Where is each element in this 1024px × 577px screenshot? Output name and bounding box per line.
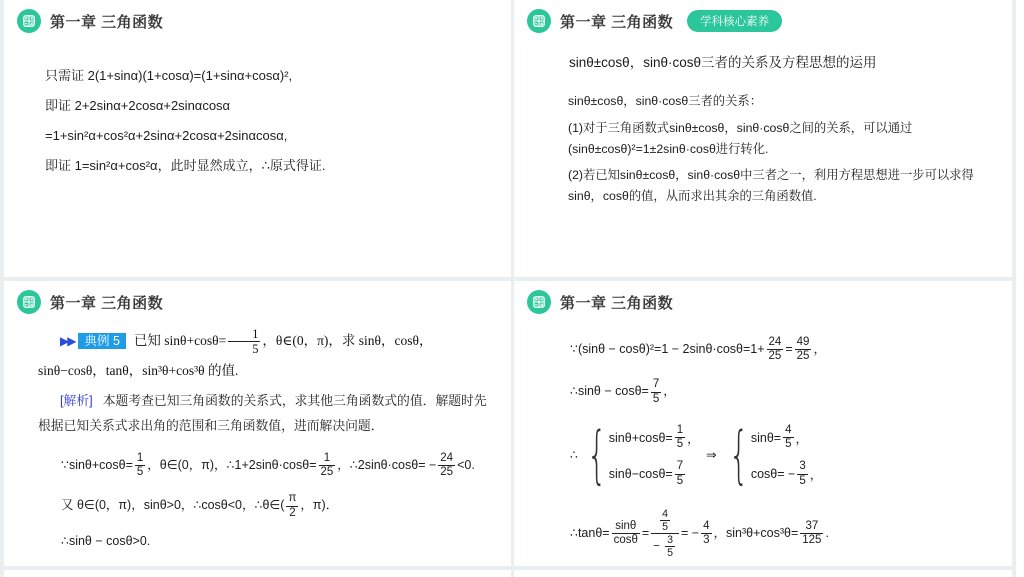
proof-body: 只需证 2(1+sinα)(1+cosα)=(1+sinα+cosα)², 即证… bbox=[4, 33, 511, 175]
math-line: ∴sinθ − cosθ=75， bbox=[570, 378, 1006, 405]
slide-header: 第一章 三角函数 bbox=[4, 281, 511, 314]
double-arrow-icon: ▶▶ bbox=[60, 334, 74, 348]
calculator-icon bbox=[527, 9, 551, 33]
view-margin bbox=[1016, 0, 1024, 577]
slide-grid-view: 第一章 三角函数 只需证 2(1+sinα)(1+cosα)=(1+sinα+c… bbox=[0, 0, 1024, 577]
slide-top-left[interactable]: 第一章 三角函数 只需证 2(1+sinα)(1+cosα)=(1+sinα+c… bbox=[4, 0, 511, 277]
math-line: 又 θ∈(0，π)，sinθ>0，∴cosθ<0，∴θ∈(π2，π)． bbox=[61, 492, 501, 519]
math-line: ∵sinθ+cosθ=15，θ∈(0，π)，∴1+2sinθ·cosθ=125，… bbox=[61, 452, 501, 479]
math-line: =1+sin²α+cos²α+2sinα+2cosα+2sinαcosα, bbox=[45, 127, 485, 145]
math-line: ∵(sinθ − cosθ)²=1 − 2sinθ·cosθ=1+2425=49… bbox=[570, 336, 1006, 363]
analysis-label: [解析] bbox=[60, 393, 93, 408]
calculator-icon bbox=[17, 9, 41, 33]
math-line: ∴{sinθ+cosθ=15，sinθ−cosθ=75 ⇒ {sinθ=45，c… bbox=[570, 424, 1006, 488]
next-slide-partial-right[interactable] bbox=[514, 570, 1012, 577]
next-slide-partial-left[interactable] bbox=[4, 570, 511, 577]
slide-header: 第一章 三角函数 bbox=[4, 0, 511, 33]
analysis-text: 本题考查已知三角函数的关系式，求其他三角函数式的值．解题时先根据已知关系式求出角… bbox=[38, 393, 487, 433]
section-subtitle: sinθ±cosθ，sinθ·cosθ三者的关系及方程思想的运用 bbox=[569, 51, 992, 71]
slide-title: 第一章 三角函数 bbox=[560, 11, 673, 32]
calculator-icon bbox=[527, 290, 551, 314]
slide-bottom-left[interactable]: 第一章 三角函数 ▶▶典例 5已知 sinθ+cosθ=15，θ∈(0，π)，求… bbox=[4, 281, 511, 566]
math-line: ∴tanθ=sinθcosθ=45− 35= −43，sin³θ+cos³θ=3… bbox=[570, 508, 1006, 560]
knowledge-intro: sinθ±cosθ，sinθ·cosθ三者的关系： bbox=[568, 91, 986, 113]
slide-top-right[interactable]: 第一章 三角函数 学科核心素养 sinθ±cosθ，sinθ·cosθ三者的关系… bbox=[514, 0, 1012, 277]
slide-header: 第一章 三角函数 bbox=[514, 281, 1012, 314]
slide-title: 第一章 三角函数 bbox=[50, 292, 163, 313]
math-line: 只需证 2(1+sinα)(1+cosα)=(1+sinα+cosα)², bbox=[45, 67, 485, 85]
math-line: 即证 1=sin²α+cos²α，此时显然成立，∴原式得证. bbox=[45, 157, 485, 175]
knowledge-point-2: (2)若已知sinθ±cosθ，sinθ·cosθ中三者之一，利用方程思想进一步… bbox=[568, 165, 986, 208]
slide-bottom-right[interactable]: 第一章 三角函数 ∵(sinθ − cosθ)²=1 − 2sinθ·cosθ=… bbox=[514, 281, 1012, 566]
analysis-paragraph: [解析]本题考查已知三角函数的关系式，求其他三角函数式的值．解题时先根据已知关系… bbox=[38, 389, 487, 439]
slide-title: 第一章 三角函数 bbox=[50, 11, 163, 32]
core-literacy-badge: 学科核心素养 bbox=[687, 10, 782, 32]
slide-title: 第一章 三角函数 bbox=[560, 292, 673, 313]
example-problem: ▶▶典例 5已知 sinθ+cosθ=15，θ∈(0，π)，求 sinθ，cos… bbox=[38, 327, 489, 385]
math-line: 即证 2+2sinα+2cosα+2sinαcosα bbox=[45, 97, 485, 115]
knowledge-point-1: (1)对于三角函数式sinθ±cosθ，sinθ·cosθ之间的关系，可以通过(… bbox=[568, 118, 986, 161]
calculator-icon bbox=[17, 290, 41, 314]
slide-header: 第一章 三角函数 学科核心素养 bbox=[514, 0, 1012, 33]
math-line: ∴sinθ − cosθ>0. bbox=[61, 533, 501, 548]
example-number-badge: 典例 5 bbox=[78, 333, 125, 349]
